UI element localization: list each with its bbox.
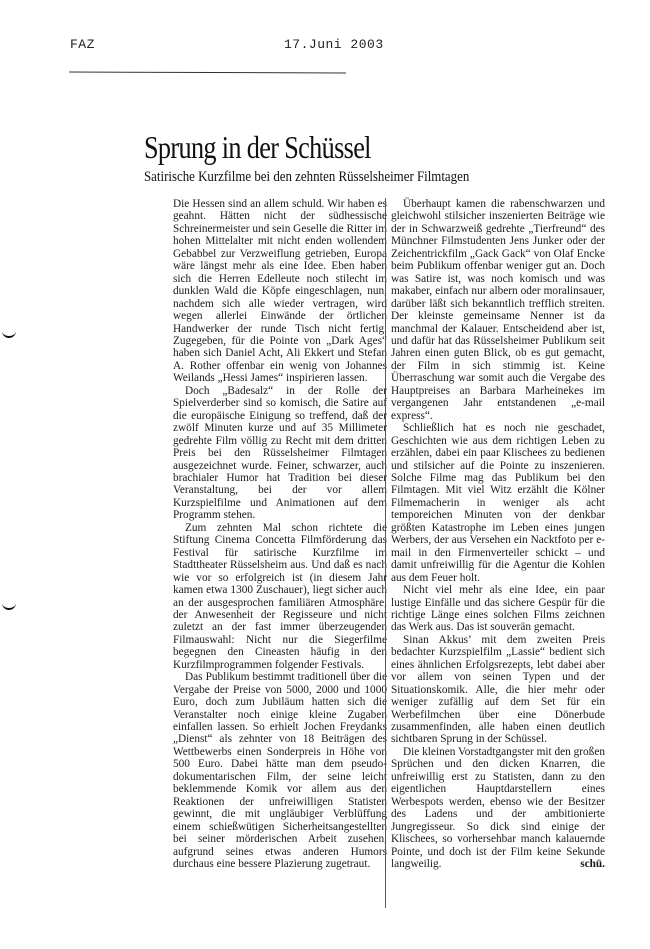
author-signature: schü. <box>580 858 605 870</box>
publication-name: FAZ <box>70 37 95 52</box>
paragraph: Doch „Badesalz“ in der Rolle der Spielve… <box>173 385 387 522</box>
article-column-right: Überhaupt kamen die rabenschwarzen und g… <box>391 198 605 870</box>
hole-punch-mark-icon <box>2 603 16 610</box>
publication-date: 17.Juni 2003 <box>284 37 384 52</box>
paragraph: Zum zehnten Mal schon richtete die Stift… <box>173 522 387 671</box>
paragraph: Überhaupt kamen die rabenschwarzen und g… <box>391 198 605 422</box>
paragraph: Die Hessen sind an allem schuld. Wir hab… <box>173 198 387 385</box>
paragraph: Nicht viel mehr als eine Idee, ein paar … <box>391 584 605 634</box>
paragraph-text: Die kleinen Vorstadtgangster mit den gro… <box>391 746 605 870</box>
article-subheadline: Satirische Kurzfilme bei den zehnten Rüs… <box>144 168 469 186</box>
hole-punch-mark-icon <box>2 331 16 338</box>
paragraph: Das Publikum bestimmt traditionell über … <box>173 671 387 870</box>
article-headline: Sprung in der Schüssel <box>144 129 371 165</box>
column-divider <box>385 198 386 908</box>
paragraph-last: Die kleinen Vorstadtgangster mit den gro… <box>391 746 605 871</box>
article-column-left: Die Hessen sind an allem schuld. Wir hab… <box>173 198 387 870</box>
paragraph: Sinan Akkus’ mit dem zweiten Preis bedac… <box>391 634 605 746</box>
paragraph: Schließlich hat es noch nie geschadet, G… <box>391 422 605 584</box>
header-divider <box>69 72 346 74</box>
